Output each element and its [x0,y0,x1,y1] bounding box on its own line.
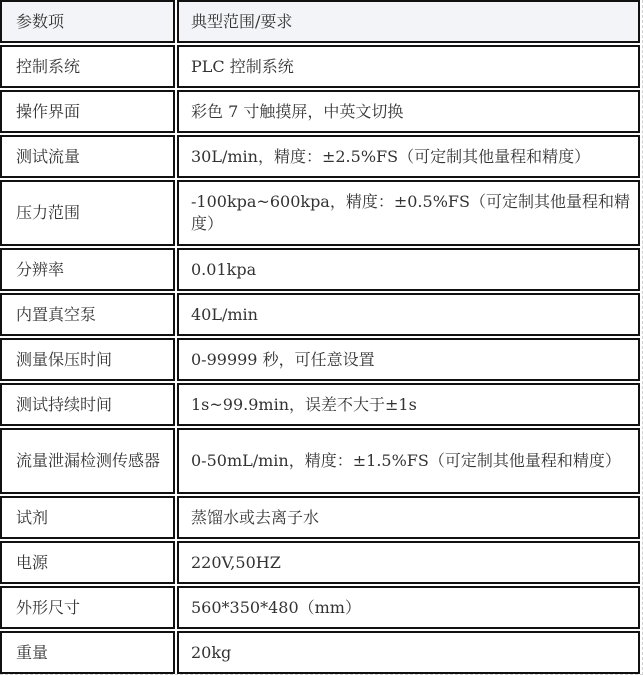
table-row: 重量 20kg [0,631,640,674]
value-cell: -100kpa~600kpa，精度：±0.5%FS（可定制其他量程和精度） [177,180,640,246]
param-cell: 测试流量 [0,135,175,178]
header-param-cell: 参数项 [0,0,175,43]
value-cell: 彩色 7 寸触摸屏，中英文切换 [177,90,640,133]
value-cell: 蒸馏水或去离子水 [177,496,640,539]
param-cell: 控制系统 [0,45,175,88]
value-cell: 40L/min [177,293,640,336]
param-cell: 操作界面 [0,90,175,133]
table-row: 测量保压时间 0-99999 秒，可任意设置 [0,338,640,381]
value-cell: 20kg [177,631,640,674]
param-cell: 内置真空泵 [0,293,175,336]
spec-table: 参数项 典型范围/要求 控制系统 PLC 控制系统 操作界面 彩色 7 寸触摸屏… [0,0,642,675]
param-cell: 电源 [0,541,175,584]
table-row: 试剂 蒸馏水或去离子水 [0,496,640,539]
table-row: 压力范围 -100kpa~600kpa，精度：±0.5%FS（可定制其他量程和精… [0,180,640,246]
value-cell: 0.01kpa [177,248,640,291]
table-row: 内置真空泵 40L/min [0,293,640,336]
param-cell: 外形尺寸 [0,586,175,629]
value-cell: PLC 控制系统 [177,45,640,88]
value-cell: 1s~99.9min，误差不大于±1s [177,383,640,426]
param-cell: 试剂 [0,496,175,539]
param-cell: 测试持续时间 [0,383,175,426]
value-cell: 0-50mL/min，精度：±1.5%FS（可定制其他量程和精度） [177,428,640,494]
table-header-row: 参数项 典型范围/要求 [0,0,640,43]
table-row: 流量泄漏检测传感器 0-50mL/min，精度：±1.5%FS（可定制其他量程和… [0,428,640,494]
value-cell: 0-99999 秒，可任意设置 [177,338,640,381]
value-cell: 560*350*480（mm） [177,586,640,629]
param-cell: 分辨率 [0,248,175,291]
param-cell: 重量 [0,631,175,674]
param-cell: 压力范围 [0,180,175,246]
table-row: 控制系统 PLC 控制系统 [0,45,640,88]
table-row: 测试流量 30L/min，精度：±2.5%FS（可定制其他量程和精度） [0,135,640,178]
table-row: 操作界面 彩色 7 寸触摸屏，中英文切换 [0,90,640,133]
param-cell: 流量泄漏检测传感器 [0,428,175,494]
table-row: 分辨率 0.01kpa [0,248,640,291]
value-cell: 220V,50HZ [177,541,640,584]
table-row: 测试持续时间 1s~99.9min，误差不大于±1s [0,383,640,426]
param-cell: 测量保压时间 [0,338,175,381]
header-value-cell: 典型范围/要求 [177,0,640,43]
value-cell: 30L/min，精度：±2.5%FS（可定制其他量程和精度） [177,135,640,178]
table-row: 电源 220V,50HZ [0,541,640,584]
table-row: 外形尺寸 560*350*480（mm） [0,586,640,629]
